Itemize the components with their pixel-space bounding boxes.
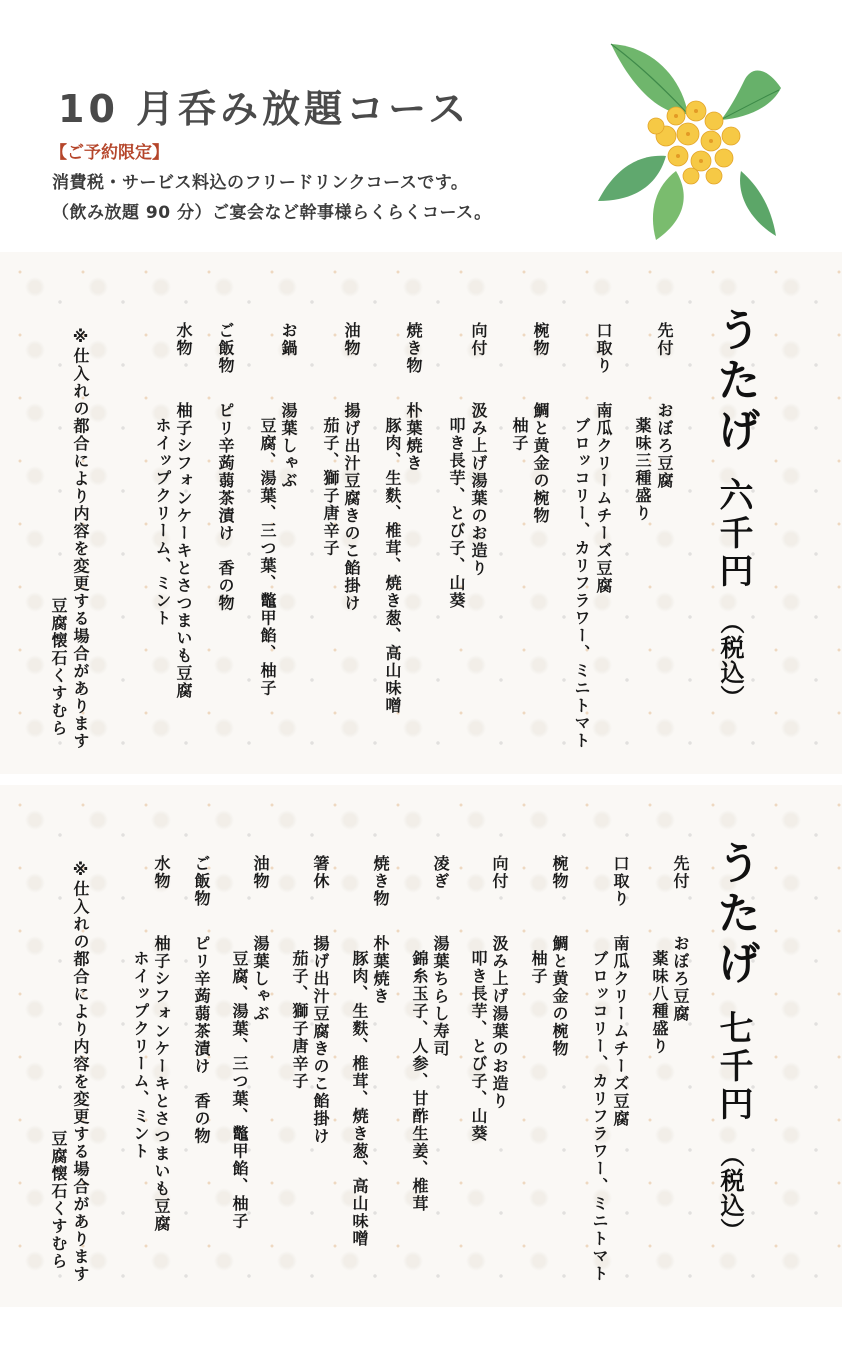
menu-change-note: ※仕入れの都合により内容を変更する場合があります	[72, 860, 88, 1283]
page-header: 10 月呑み放題コース 【ご予約限定】 消費税・サービス料込のフリードリンクコー…	[0, 0, 842, 252]
item-line: 朴葉焼き	[405, 402, 421, 472]
shop-name: 豆腐懐石くすむら	[50, 597, 66, 737]
item-line: 汲み上げ湯葉のお造り	[470, 402, 486, 577]
item-label-sakizuke: 先付	[656, 322, 672, 357]
osmanthus-flower-icon	[596, 36, 792, 242]
item-line: 豚肉、生麩、椎茸、焼き葱、高山味噌	[351, 950, 367, 1248]
item-label-mizumono: 水物	[153, 855, 169, 890]
item-line: 柚子シフォンケーキとさつまいも豆腐	[175, 402, 191, 700]
course-price-note: （税込）	[718, 1143, 742, 1243]
item-line: 豆腐、湯葉、三つ葉、鼈甲餡、柚子	[259, 417, 275, 697]
item-label-agemono: 油物	[343, 322, 359, 357]
menu-change-note: ※仕入れの都合により内容を変更する場合があります	[72, 327, 88, 750]
item-line: 鯛と黄金の椀物	[532, 402, 548, 525]
description-line-2: （飲み放題 90 分）ご宴会など幹事様らくらくコース。	[52, 198, 492, 223]
item-label-gohanmono: ご飯物	[193, 855, 209, 908]
item-label-kuchitori: 口取り	[595, 322, 611, 375]
description-line-1: 消費税・サービス料込のフリードリンクコースです。	[52, 168, 468, 193]
item-line: 茄子、獅子唐辛子	[322, 417, 338, 557]
item-line: ホイップクリーム、ミント	[132, 950, 148, 1160]
item-line: おぼろ豆腐	[672, 935, 688, 1023]
item-line: 薬味八種盛り	[651, 950, 667, 1055]
item-label-hashiyasume: 箸休	[312, 855, 328, 890]
course-name: うたげ	[712, 307, 756, 457]
item-line: 豆腐、湯葉、三つ葉、鼈甲餡、柚子	[231, 950, 247, 1230]
item-line: ピリ辛蒟蒻茶漬け 香の物	[217, 402, 233, 612]
course-price: 七千円	[716, 1010, 750, 1124]
item-label-gohanmono: ご飯物	[217, 322, 233, 375]
item-label-yakimono: 焼き物	[405, 322, 421, 375]
item-line: 湯葉しゃぶ	[252, 935, 268, 1023]
item-line: おぼろ豆腐	[656, 402, 672, 490]
item-line: 湯葉しゃぶ	[280, 402, 296, 490]
course-name: うたげ	[712, 840, 756, 990]
item-line: 汲み上げ湯葉のお造り	[491, 935, 507, 1110]
item-line: 朴葉焼き	[372, 935, 388, 1005]
page-title: 10 月呑み放題コース	[58, 78, 470, 133]
item-line: 叩き長芋、とび子、山葵	[448, 417, 464, 610]
item-label-kuchitori: 口取り	[612, 855, 628, 908]
item-line: 揚げ出汁豆腐きのこ餡掛け	[312, 935, 328, 1145]
course-price-note: （税込）	[718, 610, 742, 710]
course-card-6000: うたげ 六千円 （税込） 先付 おぼろ豆腐 薬味三種盛り 口取り 南瓜クリームチ…	[0, 252, 842, 774]
course-price: 六千円	[716, 477, 750, 591]
item-label-shinogi: 凌ぎ	[432, 855, 448, 890]
item-line: 南瓜クリームチーズ豆腐	[612, 935, 628, 1128]
item-line: 柚子	[530, 950, 546, 985]
item-label-wanmono: 椀物	[532, 322, 548, 357]
item-line: 叩き長芋、とび子、山葵	[470, 950, 486, 1143]
item-line: 薬味三種盛り	[634, 417, 650, 522]
item-line: ホイップクリーム、ミント	[154, 417, 170, 627]
item-label-mukozuke: 向付	[470, 322, 486, 357]
item-line: ピリ辛蒟蒻茶漬け 香の物	[193, 935, 209, 1145]
item-line: 南瓜クリームチーズ豆腐	[595, 402, 611, 595]
item-label-wanmono: 椀物	[551, 855, 567, 890]
reservation-only-tag: 【ご予約限定】	[50, 138, 169, 163]
item-label-yakimono: 焼き物	[372, 855, 388, 908]
item-line: 豚肉、生麩、椎茸、焼き葱、高山味噌	[384, 417, 400, 715]
item-line: 錦糸玉子、人参、甘酢生姜、椎茸	[411, 950, 427, 1213]
item-label-onabe: お鍋	[280, 322, 296, 357]
course-card-7000: うたげ 七千円 （税込） 先付 おぼろ豆腐 薬味八種盛り 口取り 南瓜クリームチ…	[0, 785, 842, 1307]
item-label-mukozuke: 向付	[491, 855, 507, 890]
item-line: 湯葉ちらし寿司	[432, 935, 448, 1058]
item-line: ブロッコリー、カリフラワー、ミニトマト	[591, 950, 607, 1283]
item-label-agemono: 油物	[252, 855, 268, 890]
item-label-mizumono: 水物	[175, 322, 191, 357]
shop-name: 豆腐懐石くすむら	[50, 1130, 66, 1270]
item-line: 柚子	[511, 417, 527, 452]
item-line: 揚げ出汁豆腐きのこ餡掛け	[343, 402, 359, 612]
item-line: ブロッコリー、カリフラワー、ミニトマト	[573, 417, 589, 750]
item-line: 柚子シフォンケーキとさつまいも豆腐	[153, 935, 169, 1233]
item-line: 鯛と黄金の椀物	[551, 935, 567, 1058]
item-label-sakizuke: 先付	[672, 855, 688, 890]
item-line: 茄子、獅子唐辛子	[291, 950, 307, 1090]
